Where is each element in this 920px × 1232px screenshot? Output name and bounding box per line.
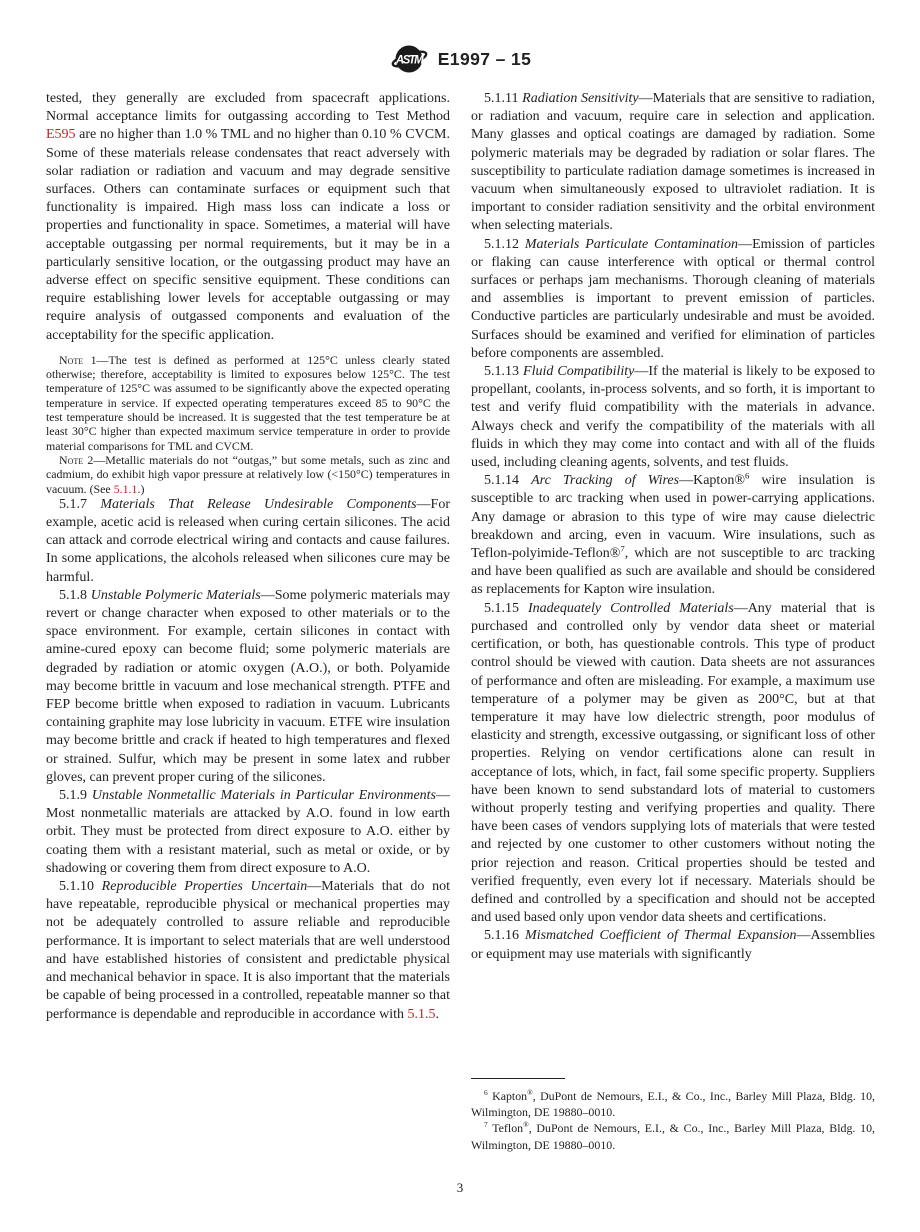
text-segment: 5.1.10 [59, 879, 102, 894]
page-number: 3 [457, 1180, 464, 1195]
text-segment: —Emission of particles or flaking can ca… [471, 237, 875, 361]
text-segment: Mismatched Coefficient of Thermal Expans… [525, 928, 796, 943]
footnote-7: 7 Teflon®, DuPont de Nemours, E.I., & Co… [471, 1120, 875, 1152]
para-5-1-16: 5.1.16 Mismatched Coefficient of Thermal… [471, 927, 875, 963]
text-segment: Materials That Release Undesirable Compo… [100, 497, 416, 512]
text-segment: 5.1.16 [484, 928, 525, 943]
para-5-1-11: 5.1.11 Radiation Sensitivity—Materials t… [471, 90, 875, 236]
para-5-1-10: 5.1.10 Reproducible Properties Uncertain… [46, 878, 450, 1024]
text-segment: Metallic materials do not “outgas,” but … [46, 453, 450, 496]
text-segment: 5.1.8 [59, 588, 91, 603]
page-header: ASTM E1997 – 15 [0, 44, 920, 74]
text-segment: —Materials that are sensitive to radiati… [471, 91, 875, 233]
page-footer: 3 [0, 1180, 920, 1196]
text-segment: Radiation Sensitivity [522, 91, 638, 106]
section-link[interactable]: 5.1.1 [114, 482, 138, 496]
section-link[interactable]: E595 [46, 127, 76, 142]
text-segment: Inadequately Controlled Materials [528, 601, 734, 616]
para-5-1-7: 5.1.7 Materials That Release Undesirable… [46, 496, 450, 587]
text-segment: , DuPont de Nemours, E.I., & Co., Inc., … [471, 1121, 875, 1151]
para-5-1-13: 5.1.13 Fluid Compatibility—If the materi… [471, 363, 875, 472]
footnotes: 6 Kapton®, DuPont de Nemours, E.I., & Co… [471, 1078, 875, 1153]
text-segment: Teflon [488, 1121, 523, 1135]
note-2: Note 2—Metallic materials do not “outgas… [46, 453, 450, 496]
text-segment: .) [137, 482, 144, 496]
text-segment: . [436, 1007, 440, 1022]
footnote-separator [471, 1078, 565, 1079]
standard-designation: E1997 – 15 [438, 49, 532, 70]
page-body: tested, they generally are excluded from… [46, 90, 875, 1082]
footnote-list: 6 Kapton®, DuPont de Nemours, E.I., & Co… [471, 1088, 875, 1153]
text-segment: —Kapton® [679, 473, 745, 488]
text-segment: 5.1.14 [484, 473, 531, 488]
text-segment: Reproducible Properties Uncertain [102, 879, 308, 894]
footnote-6: 6 Kapton®, DuPont de Nemours, E.I., & Co… [471, 1088, 875, 1120]
text-segment: Kapton [488, 1089, 527, 1103]
text-segment: Unstable Nonmetallic Materials in Partic… [92, 788, 436, 803]
text-segment: are no higher than 1.0 % TML and no high… [46, 127, 450, 342]
text-segment: —Some polymeric materials may revert or … [46, 588, 450, 785]
text-segment: Fluid Compatibility [523, 364, 634, 379]
document-page: ASTM E1997 – 15 tested, they generally a… [0, 0, 920, 1232]
astm-logo-letters: ASTM [395, 55, 424, 67]
text-segment: The test is defined as performed at 125°… [46, 353, 450, 453]
text-segment: 5.1.7 [59, 497, 100, 512]
text-segment: —Materials that do not have repeatable, … [46, 879, 450, 1021]
text-segment: 5.1.13 [484, 364, 523, 379]
right-column: 5.1.11 Radiation Sensitivity—Materials t… [471, 90, 875, 1082]
para-5-1-8: 5.1.8 Unstable Polymeric Materials—Some … [46, 587, 450, 787]
text-segment: Materials Particulate Contamination [525, 237, 738, 252]
para-5-1-14: 5.1.14 Arc Tracking of Wires—Kapton®6 wi… [471, 472, 875, 599]
text-segment: 5.1.15 [484, 601, 528, 616]
para-5-1-15: 5.1.15 Inadequately Controlled Materials… [471, 600, 875, 928]
text-segment: 5.1.11 [484, 91, 522, 106]
para-5-1-9: 5.1.9 Unstable Nonmetallic Materials in … [46, 787, 450, 878]
text-segment: 5.1.12 [484, 237, 525, 252]
text-segment: Note 1— [59, 353, 108, 367]
text-segment: Note 2— [59, 453, 105, 467]
text-segment: Unstable Polymeric Materials [91, 588, 261, 603]
astm-logo-icon: ASTM [389, 44, 431, 74]
text-segment: —Any material that is purchased and cont… [471, 601, 875, 925]
note-1: Note 1—The test is defined as performed … [46, 353, 450, 453]
text-segment: tested, they generally are excluded from… [46, 91, 450, 124]
text-segment: Arc Tracking of Wires [531, 473, 679, 488]
text-segment: —If the material is likely to be exposed… [471, 364, 875, 470]
text-segment: 5.1.9 [59, 788, 92, 803]
left-column: tested, they generally are excluded from… [46, 90, 450, 1082]
para-5-1-12: 5.1.12 Materials Particulate Contaminati… [471, 236, 875, 363]
section-link[interactable]: 5.1.5 [408, 1007, 436, 1022]
para-continuation: tested, they generally are excluded from… [46, 90, 450, 345]
